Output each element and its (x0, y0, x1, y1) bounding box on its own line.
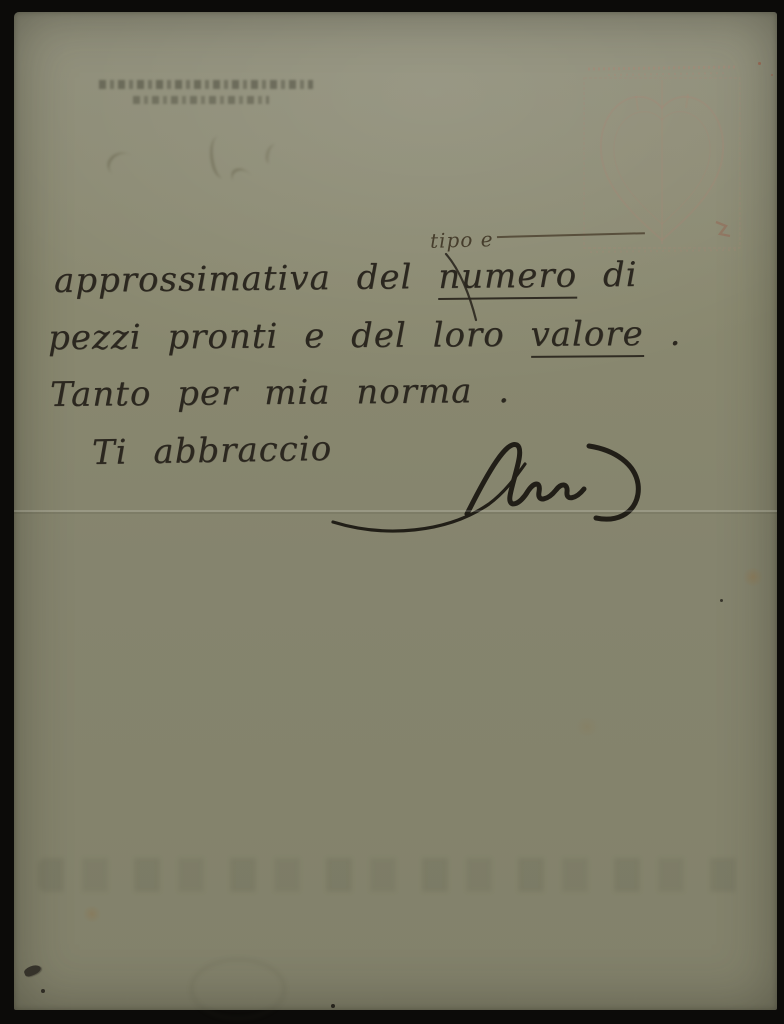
line2-text: pezzi pronti e del loro (48, 315, 505, 358)
handwritten-line-1: approssimativa del numero di (54, 255, 638, 301)
ink-blotch (23, 963, 42, 978)
signature (325, 420, 697, 538)
bleed-through-text-ghost (38, 858, 754, 892)
dust-speck (720, 599, 723, 602)
faint-ring-stain (190, 958, 286, 1020)
foxing-spot (574, 718, 600, 736)
foxing-spot (742, 568, 764, 586)
letter-paper: approssimativa del numero di tipo e pezz… (14, 12, 777, 1010)
line2-underlined-word: valore (530, 314, 644, 358)
fold-crease (14, 510, 777, 514)
line3-text: Tanto per mia norma . (50, 371, 510, 415)
handwritten-line-2: pezzi pronti e del loro valore . (48, 314, 682, 358)
line1-text: approssimativa del (54, 257, 413, 301)
line2-text-end: . (669, 314, 681, 354)
handwritten-line-3: Tanto per mia norma . (50, 371, 510, 415)
scanned-letter: approssimativa del numero di tipo e pezz… (0, 0, 784, 1024)
dust-speck (331, 1004, 335, 1008)
line1-text-end: di (603, 255, 638, 295)
handwritten-line-4: Ti abbraccio (92, 429, 333, 473)
insertion-rule-line (497, 232, 645, 238)
faded-pencil-marks (90, 130, 320, 200)
inserted-word: tipo e (430, 227, 494, 253)
letterhead-line-2 (133, 96, 269, 104)
dust-speck (758, 62, 761, 65)
letterhead-line-1 (99, 80, 313, 89)
dust-speck (771, 74, 773, 76)
letterhead-faint-text (95, 76, 325, 124)
faded-stroke (264, 143, 280, 165)
foxing-spot (82, 906, 102, 922)
line4-text: Ti abbraccio (92, 429, 333, 473)
faded-stroke (103, 146, 141, 183)
dust-speck (41, 989, 45, 993)
insertion-caret-icon (442, 250, 484, 322)
